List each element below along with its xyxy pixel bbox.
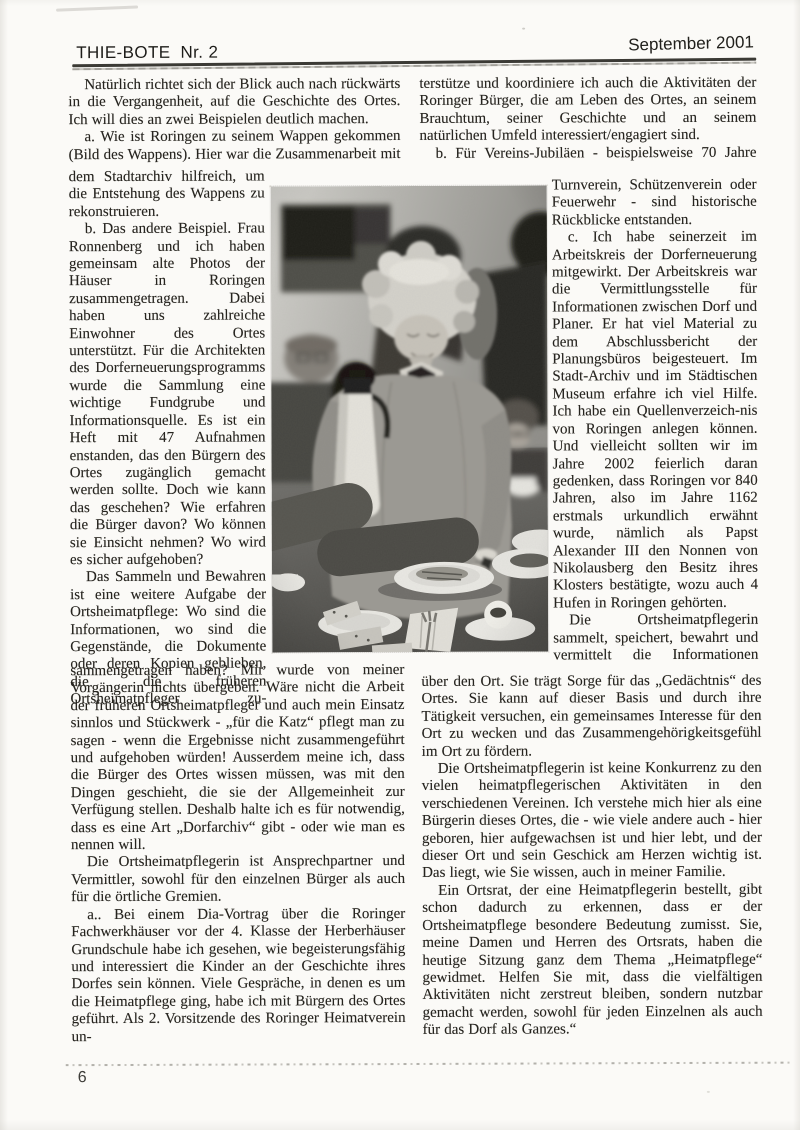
page-number: 6: [78, 1069, 87, 1087]
right-column-bottom: über den Ort. Sie trägt Sorge für das „G…: [421, 673, 762, 1040]
paragraph: Die Ortsheimatpflegerin ist keine Konkur…: [422, 760, 762, 883]
scanned-newsletter-page: THIE-BOTENr. 2 September 2001 Natürlich …: [0, 0, 800, 1130]
paragraph: dem Stadtarchiv hilfreich, um die Entste…: [69, 168, 265, 221]
photo-illustration: [271, 185, 549, 652]
right-column-top: terstütze und koordiniere ich auch die A…: [419, 75, 756, 163]
masthead-issue: Nr. 2: [180, 43, 218, 62]
paragraph: Ein Ortsrat, der eine Heimatpflegerin be…: [422, 882, 763, 1040]
paragraph: c. Ich habe seinerzeit im Arbeitskreis d…: [552, 229, 758, 613]
paragraph: sammengetragen haben? Mir wurde von mein…: [70, 662, 405, 855]
right-column-beside-photo: Turnverein, Schützenverein oder Feuerweh…: [552, 177, 759, 665]
masthead-title: THIE-BOTE: [76, 43, 170, 62]
left-column-bottom: sammengetragen haben? Mir wurde von mein…: [70, 662, 405, 1046]
scan-speck: [522, 28, 525, 30]
article-photo: [270, 184, 550, 653]
paragraph: a. Wie ist Roringen zu seinem Wappen gek…: [68, 128, 400, 164]
paragraph: Turnverein, Schützenverein oder Feuerweh…: [552, 177, 757, 230]
paragraph: Natürlich richtet sich der Blick auch na…: [68, 76, 400, 129]
paragraph: a.. Bei einem Dia-Vortrag über die Rorin…: [71, 906, 405, 1046]
paragraph: b. Das andere Beispiel. Frau Ronnenberg …: [69, 221, 266, 570]
paragraph: über den Ort. Sie trägt Sorge für das „G…: [421, 673, 761, 761]
left-column-beside-photo: dem Stadtarchiv hilfreich, um die Entste…: [69, 168, 267, 708]
paragraph: Die Ortsheimatpflegerin sammelt, speiche…: [553, 612, 758, 665]
photo-grain: [271, 185, 549, 652]
header-date: September 2001: [628, 32, 754, 55]
paragraph: Die Ortsheimatpflegerin ist Ansprechpart…: [71, 853, 405, 906]
scan-content: THIE-BOTENr. 2 September 2001 Natürlich …: [0, 0, 800, 1130]
masthead: THIE-BOTENr. 2: [76, 43, 218, 63]
paragraph: terstütze und koordiniere ich auch die A…: [419, 75, 756, 146]
scan-smudge: [56, 5, 138, 11]
paragraph: b. Für Vereins-Jubiläen - beispielsweise…: [420, 144, 757, 163]
footer-rule: [66, 1062, 790, 1066]
left-column-top: Natürlich richtet sich der Blick auch na…: [68, 76, 400, 164]
scan-speck: [707, 1091, 710, 1093]
